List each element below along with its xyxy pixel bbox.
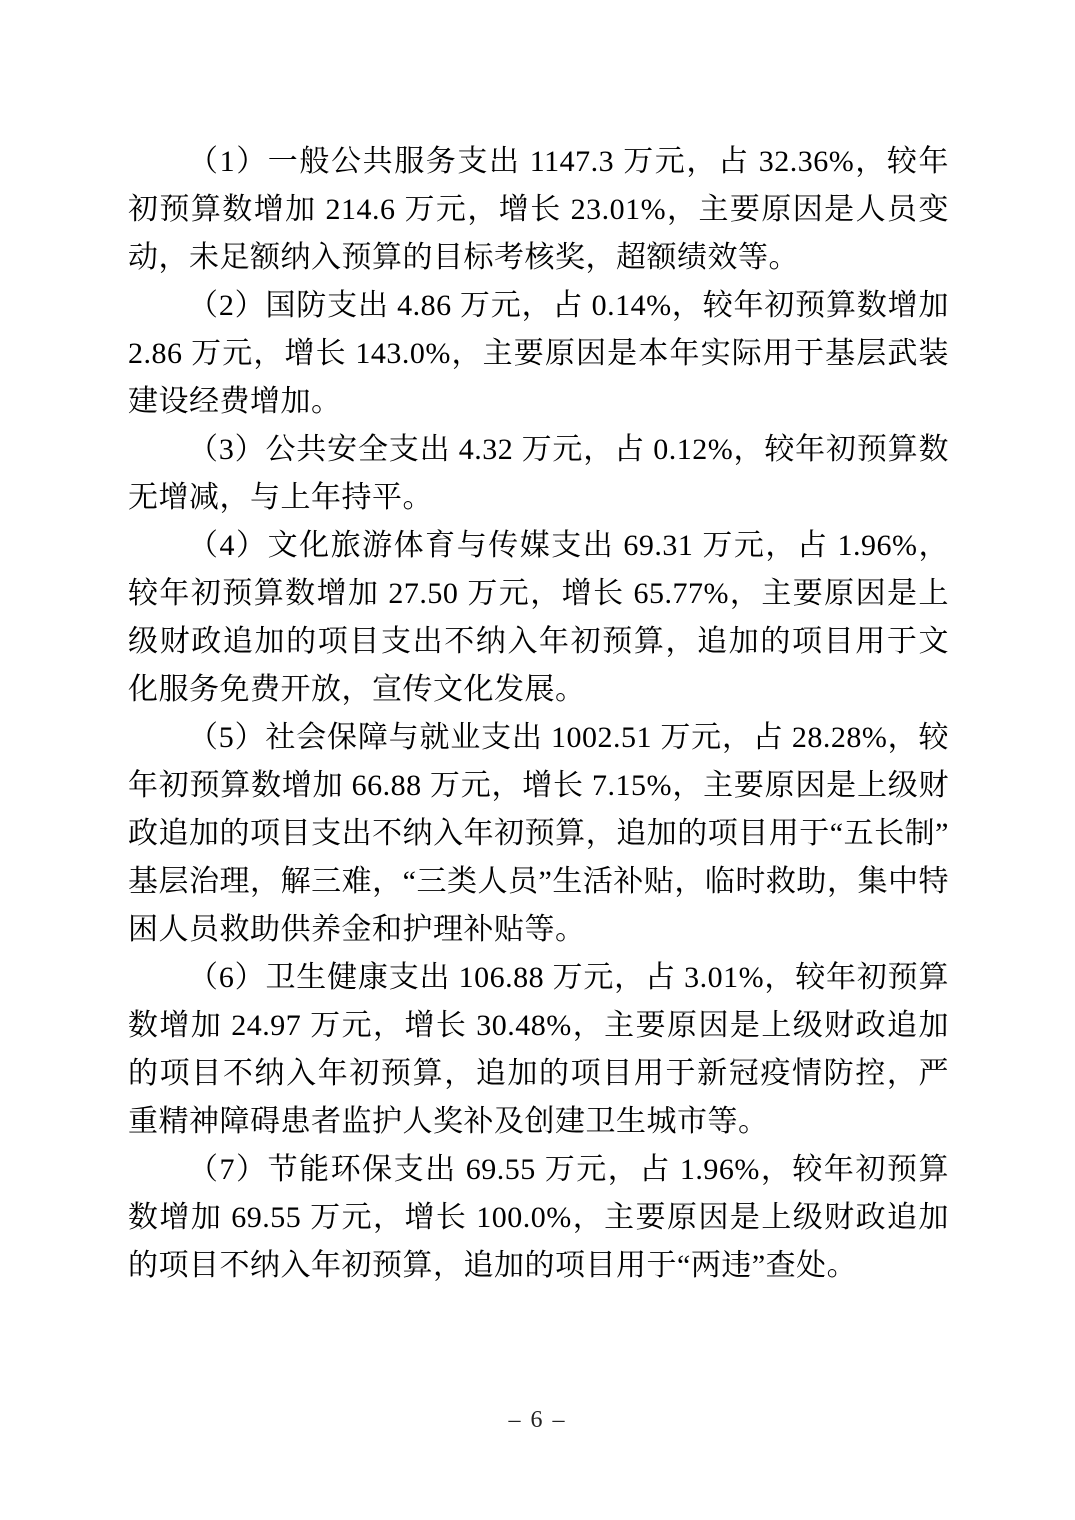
page-number: – 6 – [0,1404,1075,1436]
document-page: （1）一般公共服务支出 1147.3 万元，占 32.36%，较年初预算数增加 … [0,0,1075,1520]
document-body: （1）一般公共服务支出 1147.3 万元，占 32.36%，较年初预算数增加 … [128,138,949,1290]
body-paragraph-2: （2）国防支出 4.86 万元，占 0.14%，较年初预算数增加 2.86 万元… [128,282,949,426]
body-paragraph-4: （4）文化旅游体育与传媒支出 69.31 万元，占 1.96%，较年初预算数增加… [128,522,949,714]
body-paragraph-1: （1）一般公共服务支出 1147.3 万元，占 32.36%，较年初预算数增加 … [128,138,949,282]
body-paragraph-3: （3）公共安全支出 4.32 万元，占 0.12%，较年初预算数无增减，与上年持… [128,426,949,522]
body-paragraph-5: （5）社会保障与就业支出 1002.51 万元，占 28.28%，较年初预算数增… [128,714,949,954]
body-paragraph-6: （6）卫生健康支出 106.88 万元，占 3.01%，较年初预算数增加 24.… [128,954,949,1146]
body-paragraph-7: （7）节能环保支出 69.55 万元，占 1.96%，较年初预算数增加 69.5… [128,1146,949,1290]
